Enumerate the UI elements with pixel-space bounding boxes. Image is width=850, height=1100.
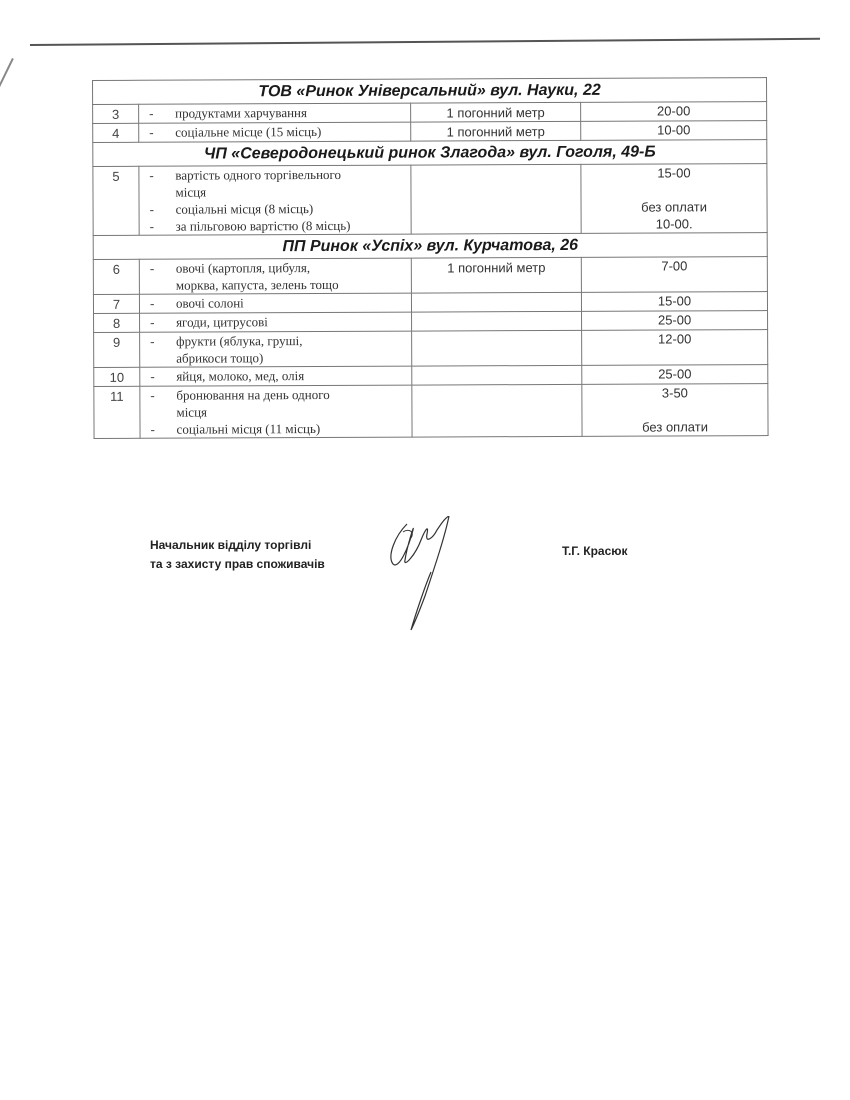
bullet-dash bbox=[150, 404, 176, 421]
table-row: 9-фрукти (яблука, груші,абрикоси тощо)12… bbox=[94, 330, 768, 368]
row-number: 11 bbox=[94, 386, 140, 438]
price-value: 3-50 bbox=[582, 384, 767, 402]
row-price: 7-00 bbox=[581, 257, 767, 293]
row-price: 20-00 bbox=[581, 102, 767, 122]
row-description: -яйця, молоко, мед, олія bbox=[140, 366, 412, 386]
bullet-dash: - bbox=[149, 105, 175, 122]
row-price: 12-00 bbox=[582, 330, 768, 366]
market-section-title: ПП Ринок «Успіх» вул. Курчатова, 26 bbox=[93, 233, 767, 260]
description-line: -фрукти (яблука, груші, bbox=[150, 332, 411, 350]
bullet-dash: - bbox=[150, 218, 176, 235]
description-text: за пільговою вартістю (8 місць) bbox=[176, 217, 411, 235]
bullet-dash: - bbox=[150, 387, 176, 404]
row-unit bbox=[412, 330, 582, 366]
price-value: 20-00 bbox=[581, 102, 766, 120]
row-unit: 1 погонний метр bbox=[411, 102, 581, 122]
price-value: 25-00 bbox=[582, 365, 767, 383]
description-line: -соціальні місця (11 місць) bbox=[150, 420, 411, 438]
row-price: 25-00 bbox=[582, 311, 768, 331]
price-value: 7-00 bbox=[582, 257, 767, 275]
price-value: 15-00 bbox=[582, 292, 767, 310]
row-unit bbox=[411, 164, 581, 234]
description-text: місця bbox=[176, 403, 411, 421]
tariff-table-sheet: ТОВ «Ринок Універсальний» вул. Науки, 22… bbox=[92, 77, 768, 439]
description-line: місця bbox=[150, 403, 411, 421]
bullet-dash bbox=[150, 350, 176, 367]
price-value: без оплати bbox=[582, 418, 767, 436]
row-description: -овочі солоні bbox=[139, 293, 411, 313]
row-number: 4 bbox=[93, 123, 139, 142]
price-value: 12-00 bbox=[582, 330, 767, 348]
signatory-name: Т.Г. Красюк bbox=[562, 544, 628, 558]
row-unit bbox=[412, 311, 582, 331]
description-text: абрикоси тощо) bbox=[176, 349, 411, 367]
row-price: 15-00 без оплати10-00. bbox=[581, 164, 767, 234]
description-line: -вартість одного торгівельного bbox=[149, 166, 410, 184]
description-line: -бронювання на день одного bbox=[150, 386, 411, 404]
row-price: 10-00 bbox=[581, 121, 767, 141]
signatory-title: Начальник відділу торгівлі та з захисту … bbox=[150, 536, 325, 574]
bullet-dash: - bbox=[150, 368, 176, 385]
description-line: -овочі солоні bbox=[150, 294, 411, 312]
market-tariff-table: ТОВ «Ринок Універсальний» вул. Науки, 22… bbox=[92, 77, 769, 439]
description-line: -ягоди, цитрусові bbox=[150, 313, 411, 331]
description-line: -соціальні місця (8 місць) bbox=[150, 200, 411, 218]
description-text: овочі солоні bbox=[176, 294, 411, 312]
bullet-dash: - bbox=[150, 333, 176, 350]
row-number: 6 bbox=[93, 259, 139, 294]
description-line: абрикоси тощо) bbox=[150, 349, 411, 367]
market-section-header: ТОВ «Ринок Універсальний» вул. Науки, 22 bbox=[93, 78, 767, 105]
description-text: фрукти (яблука, груші, bbox=[176, 332, 411, 350]
description-text: місця bbox=[175, 183, 410, 201]
description-text: морква, капуста, зелень тощо bbox=[176, 276, 411, 294]
description-text: ягоди, цитрусові bbox=[176, 313, 411, 331]
row-description: -соціальне місце (15 місць) bbox=[139, 122, 411, 142]
row-description: -ягоди, цитрусові bbox=[140, 312, 412, 332]
description-text: продуктами харчування bbox=[175, 104, 410, 122]
row-unit bbox=[412, 384, 582, 437]
table-row: 5-вартість одного торгівельногомісця-соц… bbox=[93, 164, 767, 236]
price-value: 10-00. bbox=[582, 215, 767, 233]
market-section-title: ЧП «Северодонецький ринок Злагода» вул. … bbox=[93, 140, 767, 167]
row-number: 3 bbox=[93, 104, 139, 123]
bullet-dash bbox=[149, 184, 175, 201]
signatory-title-line1: Начальник відділу торгівлі bbox=[150, 536, 325, 555]
row-price: 3-50 без оплати bbox=[582, 384, 768, 437]
description-text: соціальні місця (8 місць) bbox=[176, 200, 411, 218]
price-value: 15-00 bbox=[581, 164, 766, 182]
row-description: -бронювання на день одногомісця-соціальн… bbox=[140, 385, 412, 438]
description-line: морква, капуста, зелень тощо bbox=[150, 276, 411, 294]
market-section-header: ПП Ринок «Успіх» вул. Курчатова, 26 bbox=[93, 233, 767, 260]
row-number: 5 bbox=[93, 166, 139, 235]
price-value: 10-00 bbox=[581, 121, 766, 139]
market-section-header: ЧП «Северодонецький ринок Злагода» вул. … bbox=[93, 140, 767, 167]
row-price: 15-00 bbox=[581, 292, 767, 312]
row-number: 9 bbox=[94, 332, 140, 367]
signatory-title-line2: та з захисту прав споживачів bbox=[150, 555, 325, 574]
description-text: соціальне місце (15 місць) bbox=[175, 123, 410, 141]
row-description: -фрукти (яблука, груші,абрикоси тощо) bbox=[140, 331, 412, 367]
bullet-dash: - bbox=[150, 314, 176, 331]
description-text: бронювання на день одного bbox=[176, 386, 411, 404]
price-value bbox=[582, 401, 767, 419]
row-description: -вартість одного торгівельногомісця-соці… bbox=[139, 165, 411, 235]
price-value bbox=[581, 181, 766, 199]
market-section-title: ТОВ «Ринок Універсальний» вул. Науки, 22 bbox=[93, 78, 767, 105]
bullet-dash: - bbox=[150, 421, 176, 438]
row-price: 25-00 bbox=[582, 365, 768, 385]
handwritten-signature-icon bbox=[385, 516, 475, 631]
description-line: -овочі (картопля, цибуля, bbox=[150, 259, 411, 277]
description-line: -соціальне місце (15 місць) bbox=[149, 123, 410, 141]
bullet-dash: - bbox=[150, 260, 176, 277]
scan-edge-left bbox=[0, 58, 14, 108]
description-text: вартість одного торгівельного bbox=[175, 166, 410, 184]
description-line: -продуктами харчування bbox=[149, 104, 410, 122]
table-body: ТОВ «Ринок Універсальний» вул. Науки, 22… bbox=[93, 78, 769, 439]
row-unit bbox=[412, 365, 582, 385]
description-text: овочі (картопля, цибуля, bbox=[176, 259, 411, 277]
description-line: місця bbox=[149, 183, 410, 201]
row-number: 8 bbox=[94, 313, 140, 332]
bullet-dash: - bbox=[150, 295, 176, 312]
row-description: -овочі (картопля, цибуля,морква, капуста… bbox=[139, 258, 411, 294]
row-unit: 1 погонний метр bbox=[411, 257, 581, 293]
table-row: 11-бронювання на день одногомісця-соціал… bbox=[94, 384, 768, 439]
bullet-dash: - bbox=[149, 167, 175, 184]
description-text: соціальні місця (11 місць) bbox=[176, 420, 411, 438]
price-value: 25-00 bbox=[582, 311, 767, 329]
description-line: -за пільговою вартістю (8 місць) bbox=[150, 217, 411, 235]
bullet-dash bbox=[150, 277, 176, 294]
scan-edge-top bbox=[30, 38, 820, 46]
row-description: -продуктами харчування bbox=[139, 103, 411, 123]
description-line: -яйця, молоко, мед, олія bbox=[150, 367, 411, 385]
signature-block: Начальник відділу торгівлі та з захисту … bbox=[150, 536, 710, 636]
bullet-dash: - bbox=[149, 124, 175, 141]
price-value: без оплати bbox=[582, 198, 767, 216]
table-row: 6-овочі (картопля, цибуля,морква, капуст… bbox=[93, 257, 767, 295]
row-number: 10 bbox=[94, 367, 140, 386]
row-unit bbox=[411, 292, 581, 312]
description-text: яйця, молоко, мед, олія bbox=[176, 367, 411, 385]
row-number: 7 bbox=[93, 294, 139, 313]
row-unit: 1 погонний метр bbox=[411, 121, 581, 141]
bullet-dash: - bbox=[150, 201, 176, 218]
